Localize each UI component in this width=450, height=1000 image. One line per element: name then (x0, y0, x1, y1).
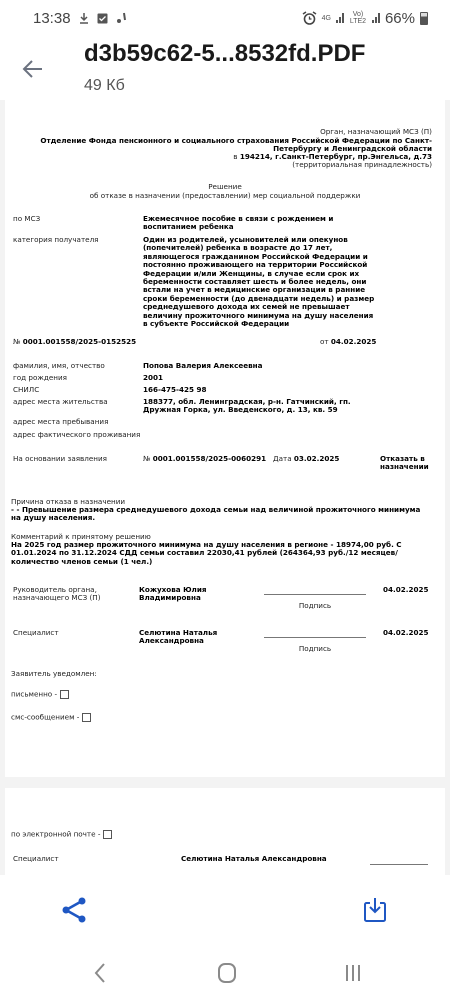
category-label: категория получателя (13, 236, 99, 244)
signature-role-1: Руководитель органа, назначающего МСЗ (П… (13, 586, 108, 603)
comment-value: На 2025 год размер прожиточного минимума… (11, 541, 411, 566)
msz-label: по МСЗ (13, 215, 40, 223)
notified-label: Заявитель уведомлен: (11, 670, 97, 678)
share-icon[interactable] (60, 895, 90, 925)
back-arrow-icon[interactable] (20, 56, 46, 82)
download-icon (79, 12, 89, 24)
decision-subtitle: об отказе в назначении (предоставлении) … (5, 192, 445, 200)
action-bar (0, 875, 450, 945)
clock: 13:38 (33, 10, 71, 27)
residence-label: адрес места жительства (13, 398, 108, 406)
birth-year-value: 2001 (143, 374, 163, 382)
network-4g: 4G (322, 15, 331, 22)
category-value: Один из родителей, усыновителей или опек… (143, 236, 375, 328)
signal-icon (336, 13, 344, 23)
system-indicators: 4G Vo) LTE2 66% (302, 10, 428, 27)
msz-value: Ежемесячное пособие в связи с рождением … (143, 215, 343, 232)
sms-checkbox[interactable] (82, 713, 91, 722)
signature-name-2: Селютина Наталья Александровна (139, 629, 229, 646)
pdf-viewer[interactable]: Орган, назначающий МСЗ (П) Отделение Фон… (0, 100, 450, 875)
battery-icon (420, 12, 428, 25)
reason-value: - - Превышение размера среднедушевого до… (11, 506, 431, 523)
decision-number: № 0001.001558/2025-0152525 (13, 338, 136, 346)
fio-value: Попова Валерия Алексеевна (143, 362, 262, 370)
application-label: На основании заявления (13, 455, 107, 463)
page2-specialist-label: Специалист (13, 855, 59, 863)
app-header: d3b59c62-5...8532fd.PDF 49 Кб (0, 36, 450, 100)
decision-date: от 04.02.2025 (320, 338, 376, 346)
network-lte2: Vo) LTE2 (349, 11, 367, 25)
signal-icon-2 (372, 13, 380, 23)
application-number: № 0001.001558/2025-0060291 (143, 455, 266, 463)
activity-icon (116, 12, 128, 24)
application-result: Отказать в назначении (380, 455, 435, 472)
actual-address-label: адрес фактического проживания (13, 431, 140, 439)
signature-date-2: 04.02.2025 (383, 629, 428, 637)
signature-role-2: Специалист (13, 629, 59, 637)
notification-icons (79, 12, 128, 24)
nav-recents-icon[interactable] (338, 960, 368, 986)
checkbox-icon (97, 13, 108, 24)
fio-label: фамилия, имя, отчество (13, 362, 105, 370)
signature-caption-2: Подпись (264, 645, 366, 653)
system-nav-bar (0, 945, 450, 1000)
signature-name-1: Кожухова Юлия Владимировна (139, 586, 219, 603)
alarm-icon (302, 11, 317, 25)
email-checkbox[interactable] (103, 830, 112, 839)
written-checkbox[interactable] (60, 690, 69, 699)
organ-territory: (территориальная принадлежность) (292, 161, 432, 169)
notify-sms: смс-сообщением - (11, 713, 91, 722)
status-bar: 13:38 4G Vo) LTE2 66% (0, 0, 450, 36)
page2-specialist-name: Селютина Наталья Александровна (181, 855, 327, 863)
nav-home-icon[interactable] (212, 960, 242, 986)
stay-address-label: адрес места пребывания (13, 418, 108, 426)
file-title: d3b59c62-5...8532fd.PDF (84, 40, 365, 68)
nav-back-icon[interactable] (86, 960, 116, 986)
residence-value: 188377, обл. Ленинградская, р-н. Гатчинс… (143, 398, 353, 415)
birth-year-label: год рождения (13, 374, 67, 382)
snils-value: 166-475-425 98 (143, 386, 206, 394)
file-size: 49 Кб (84, 77, 125, 95)
signature-line-1 (264, 594, 366, 595)
notify-written: письменно - (11, 690, 69, 699)
signature-line-2 (264, 637, 366, 638)
snils-label: СНИЛС (13, 386, 39, 394)
battery-percent: 66% (385, 10, 415, 27)
pdf-page-1: Орган, назначающий МСЗ (П) Отделение Фон… (5, 100, 445, 777)
page2-signature-line (370, 864, 428, 865)
download-icon[interactable] (360, 895, 390, 925)
application-date: Дата 03.02.2025 (273, 455, 339, 463)
signature-caption-1: Подпись (264, 602, 366, 610)
signature-date-1: 04.02.2025 (383, 586, 428, 594)
notify-email: по электронной почте - (11, 830, 112, 839)
pdf-page-2: по электронной почте - Специалист Селюти… (5, 788, 445, 875)
